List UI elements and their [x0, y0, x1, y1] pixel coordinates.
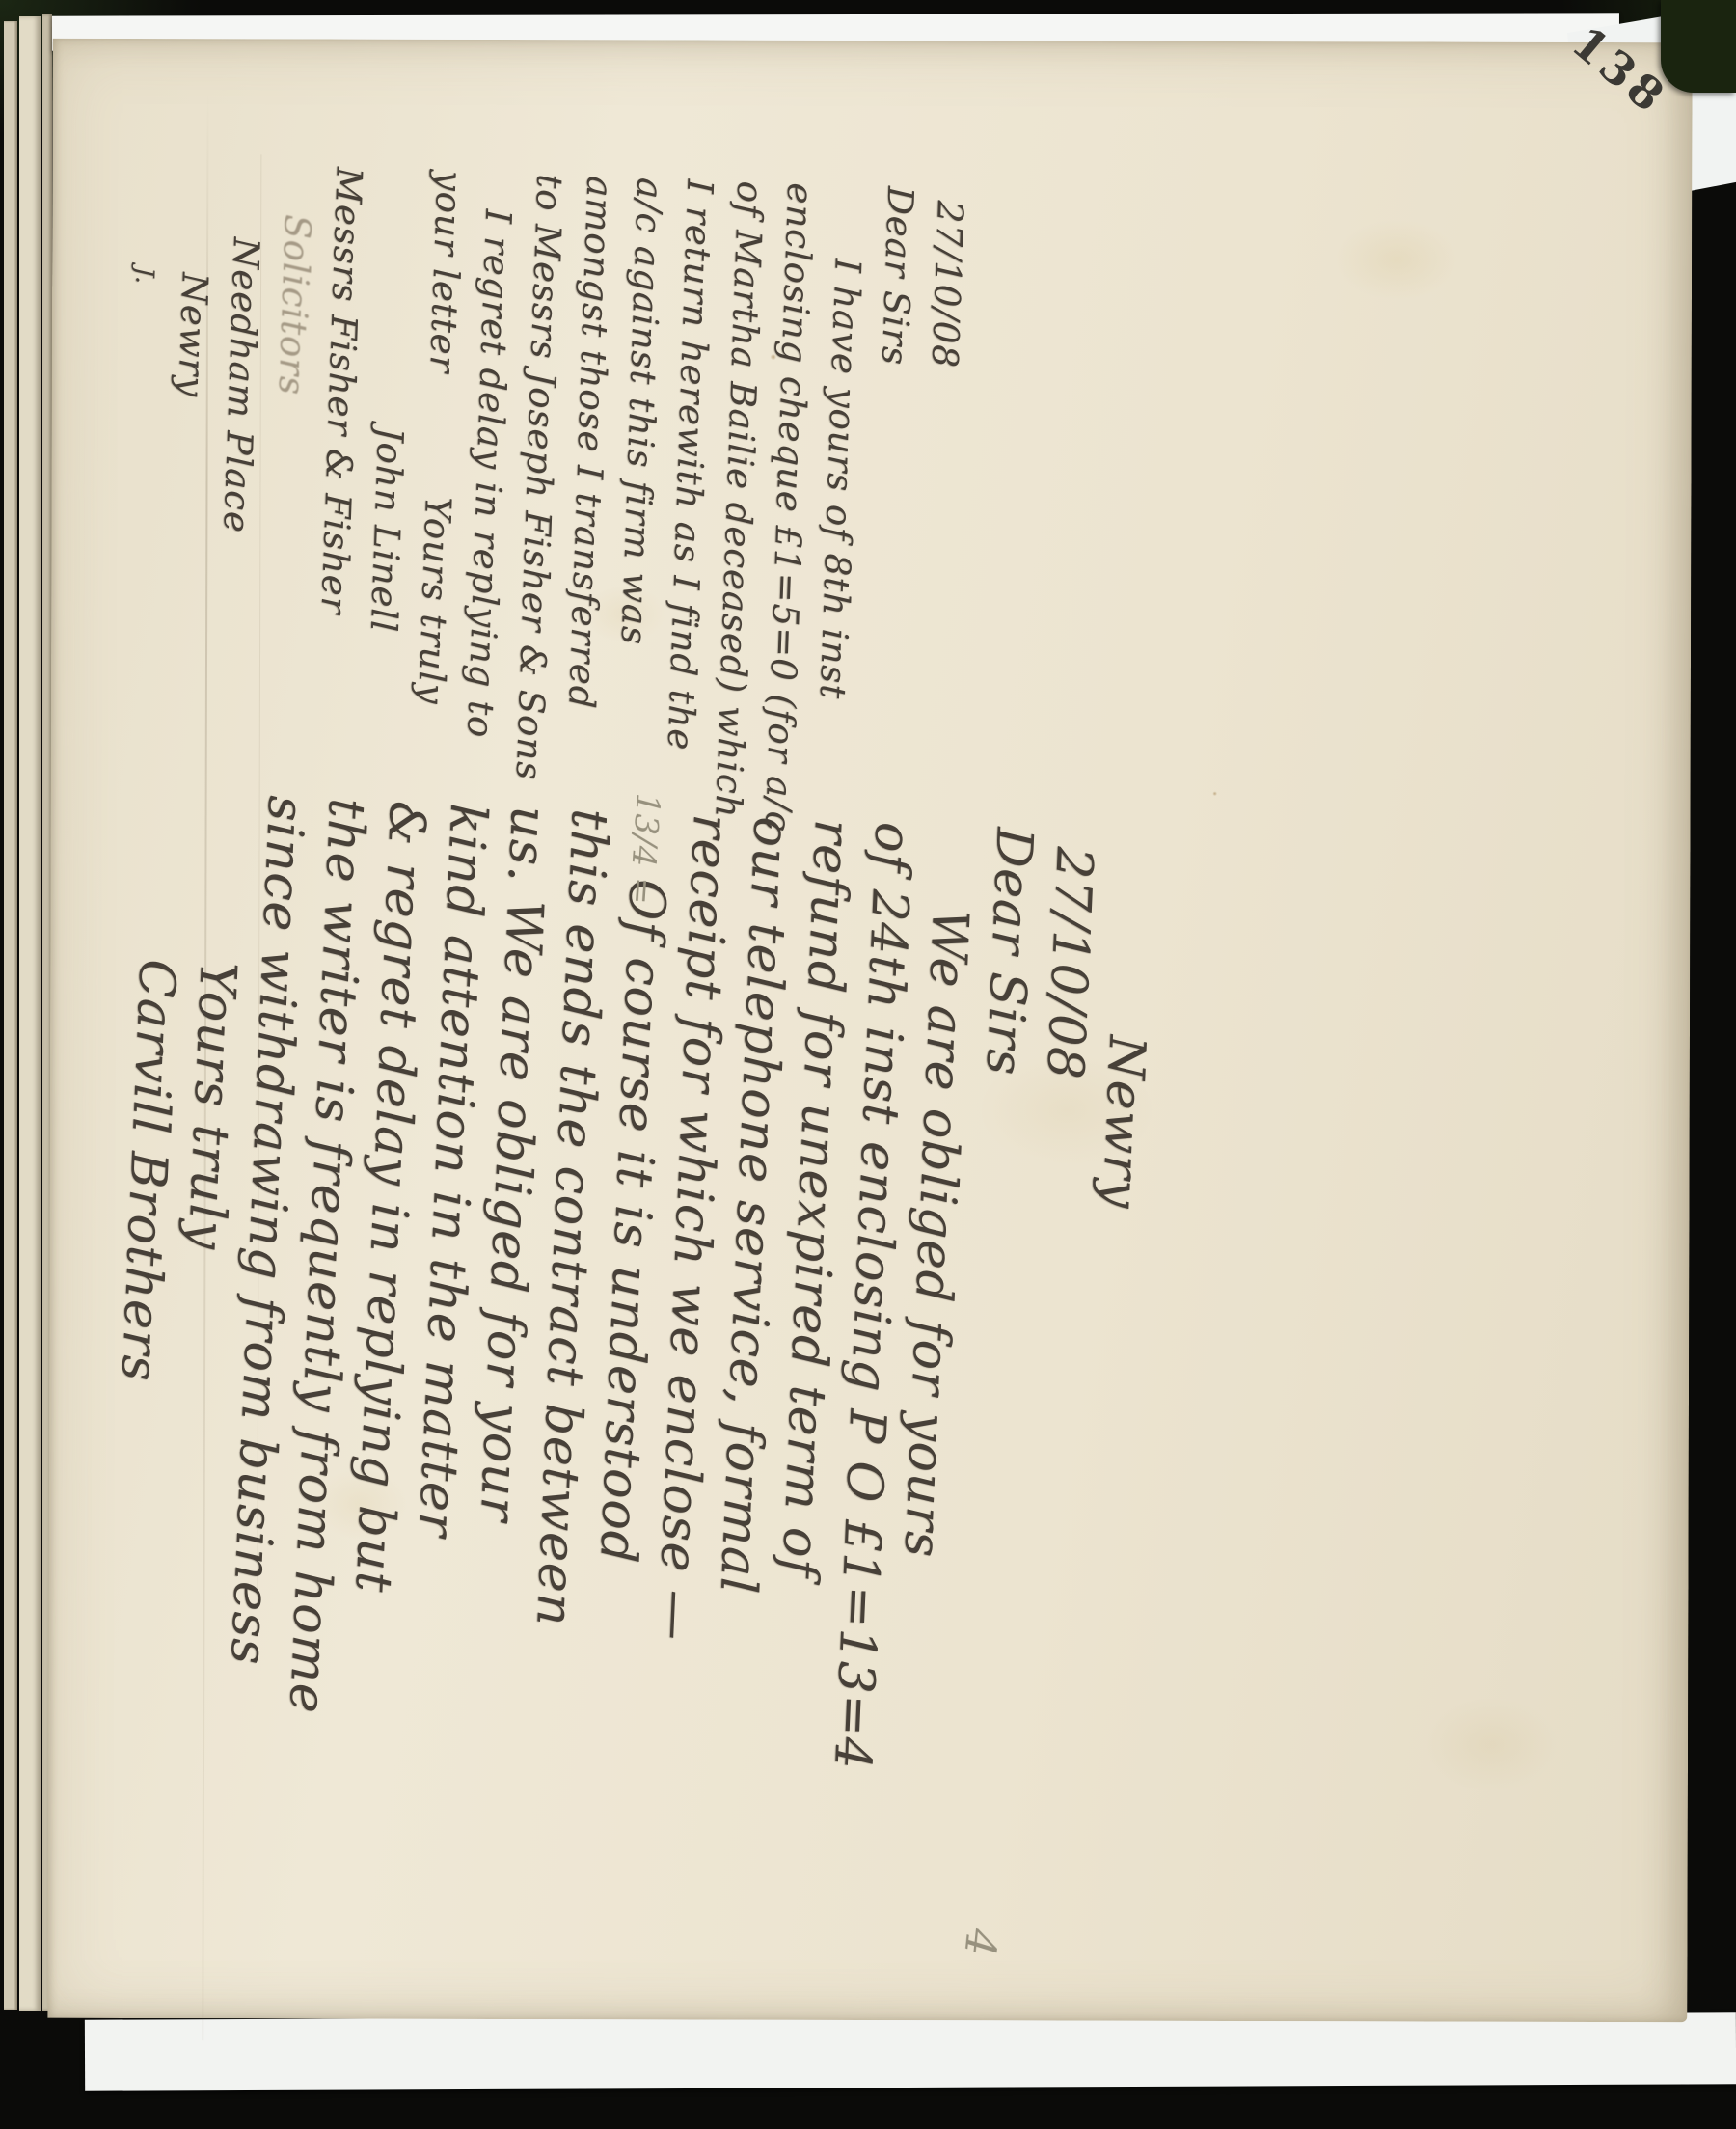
book-cover-corner — [1661, 0, 1736, 93]
handwritten-letter-fisher: 27/10/08Dear Sirs I have yours of 8th in… — [86, 158, 975, 825]
stacked-page-edge — [19, 16, 41, 2011]
stacked-page-edge — [4, 21, 17, 2010]
pencil-annotation: 13/4 = — [621, 792, 667, 906]
handwritten-letter-telephone: Newry 27/10/08Dear Sirs We are obliged f… — [50, 788, 1166, 2116]
pencil-annotation: 4 — [954, 1926, 1006, 1958]
letter-book-scan: 138 27/10/08Dear Sirs I have yours of 8t… — [0, 0, 1736, 2129]
